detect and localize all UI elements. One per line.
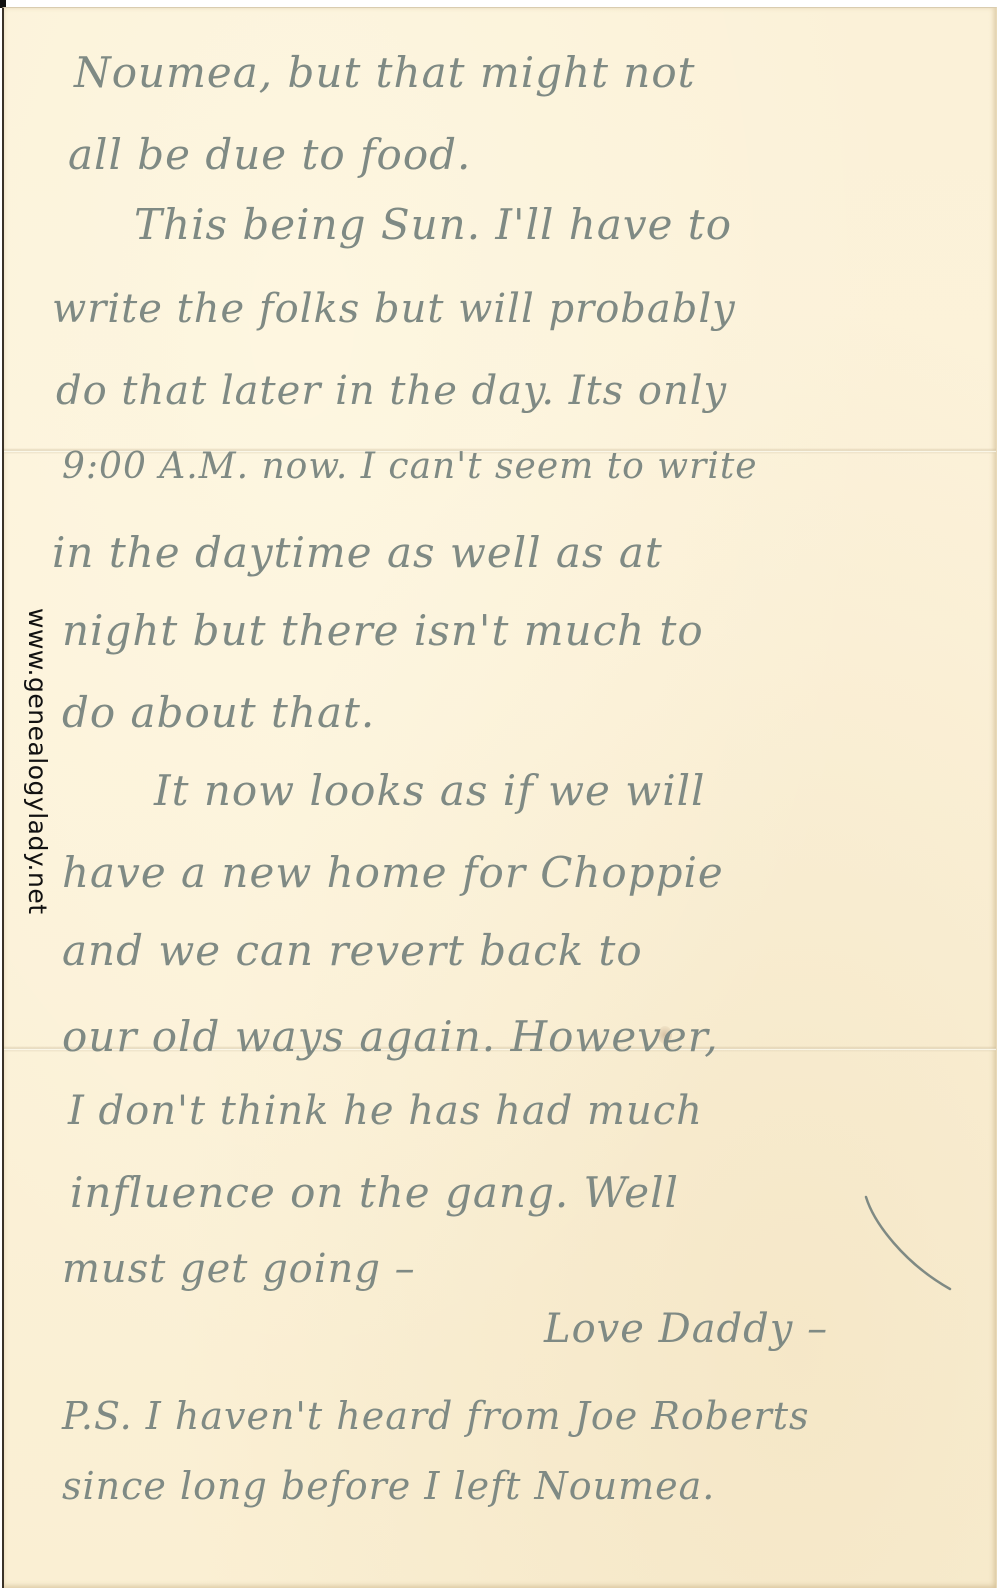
pencil-swash-stroke xyxy=(864,1193,954,1293)
letter-line: write the folks but will probably xyxy=(52,286,736,332)
letter-signature: Love Daddy – xyxy=(544,1306,828,1352)
letter-line: our old ways again. However, xyxy=(62,1012,719,1061)
scanned-letter-page: Noumea, but that might not all be due to… xyxy=(0,0,999,1590)
letter-line: and we can revert back to xyxy=(62,926,643,975)
letter-postscript-line: since long before I left Noumea. xyxy=(62,1464,715,1508)
letter-line: 9:00 A.M. now. I can't seem to write xyxy=(62,446,758,487)
letter-line: I don't think he has had much xyxy=(68,1088,703,1134)
letter-line: This being Sun. I'll have to xyxy=(134,200,732,249)
letter-paper: Noumea, but that might not all be due to… xyxy=(2,7,997,1588)
letter-line: do that later in the day. Its only xyxy=(56,368,727,414)
letter-line: in the daytime as well as at xyxy=(52,528,663,577)
letter-line: influence on the gang. Well xyxy=(70,1168,679,1217)
letter-line: do about that. xyxy=(62,688,375,737)
letter-line: Noumea, but that might not xyxy=(74,48,696,97)
letter-postscript-line: P.S. I haven't heard from Joe Roberts xyxy=(62,1394,810,1438)
website-watermark: www.genealogylady.net xyxy=(23,608,52,915)
letter-line: It now looks as if we will xyxy=(154,766,706,815)
letter-line: all be due to food. xyxy=(68,130,471,179)
letter-line: have a new home for Choppie xyxy=(62,848,724,897)
letter-line: must get going – xyxy=(62,1246,416,1292)
letter-line: night but there isn't much to xyxy=(62,606,704,655)
